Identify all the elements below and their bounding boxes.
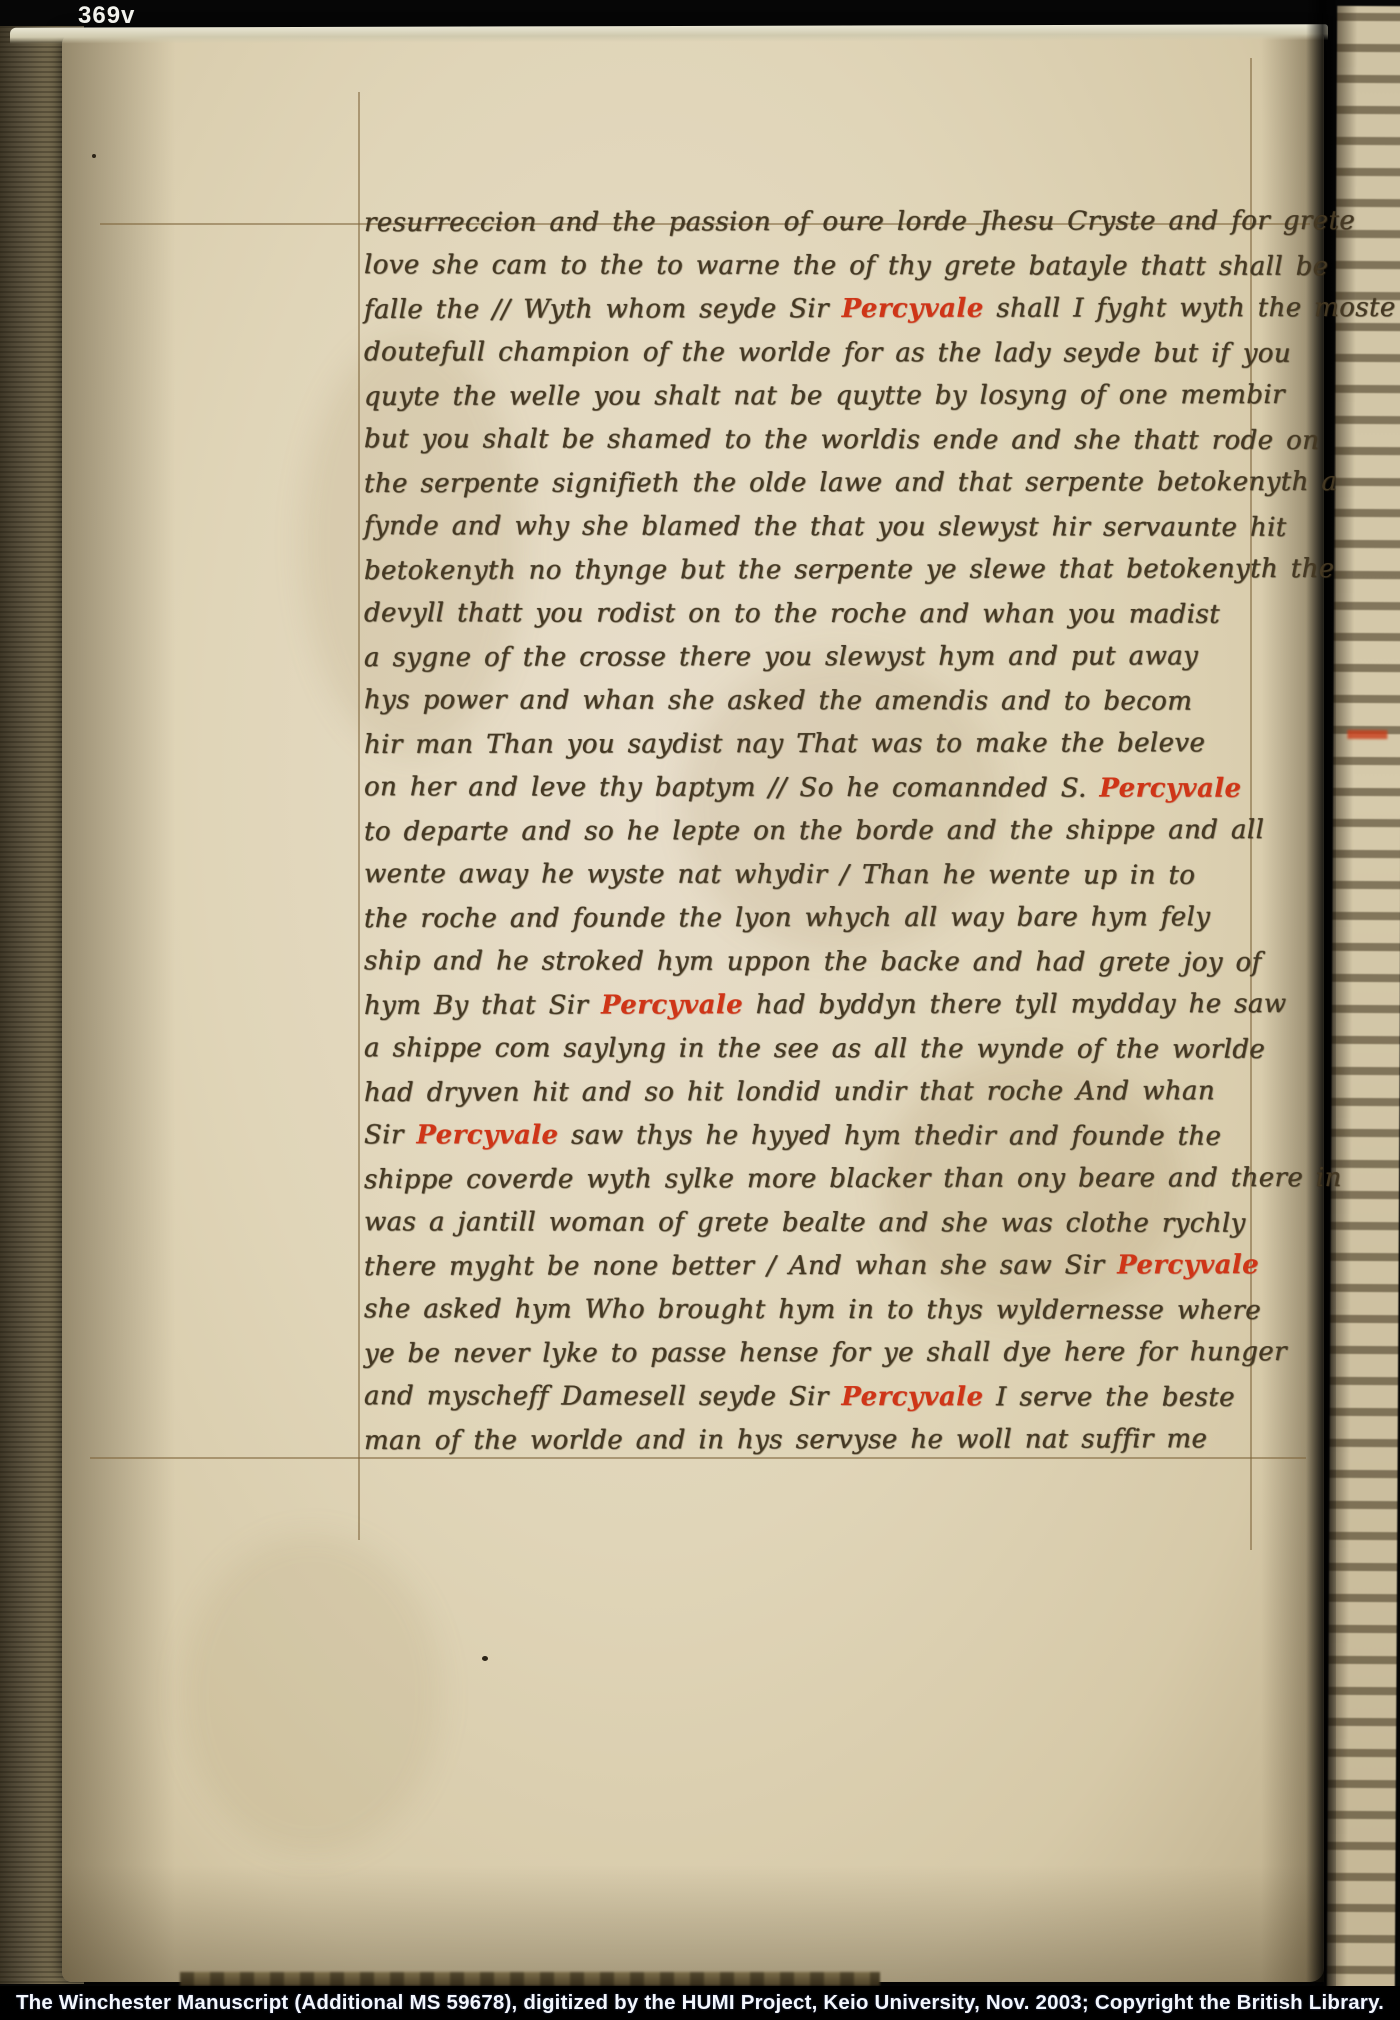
manuscript-line: ship and he stroked hym uppon the backe … bbox=[364, 940, 1304, 985]
ink-text: was a jantill woman of grete bealte and … bbox=[364, 1207, 1246, 1239]
manuscript-line: fynde and why she blamed the that you sl… bbox=[364, 505, 1304, 550]
manuscript-line: hym By that Sir Percyvale had byddyn the… bbox=[364, 983, 1304, 1028]
caption-text: The Winchester Manuscript (Additional MS… bbox=[16, 1991, 1384, 2015]
ink-text: fynde and why she blamed the that you sl… bbox=[364, 511, 1287, 543]
ink-text: shall I fyght wyth the moste bbox=[984, 293, 1396, 324]
manuscript-line: falle the // Wyth whom seyde Sir Percyva… bbox=[364, 287, 1304, 332]
ink-text: shippe coverde wyth sylke more blacker t… bbox=[364, 1163, 1342, 1195]
ink-text: saw thys he hyyed hym thedir and founde … bbox=[558, 1120, 1221, 1151]
manuscript-text-block: resurreccion and the passion of oure lor… bbox=[364, 201, 1304, 1463]
ink-text: falle the // Wyth whom seyde Sir bbox=[364, 294, 842, 325]
folio-number-label: 369v bbox=[78, 2, 135, 30]
manuscript-line: but you shalt be shamed to the worldis e… bbox=[364, 418, 1304, 463]
ink-text: ship and he stroked hym uppon the backe … bbox=[364, 946, 1262, 978]
ink-text: devyll thatt you rodist on to the roche … bbox=[364, 598, 1220, 629]
manuscript-line: had dryven hit and so hit londid undir t… bbox=[364, 1070, 1304, 1115]
ink-speck bbox=[92, 154, 96, 158]
ink-text: hym By that Sir bbox=[364, 990, 601, 1020]
ink-text: hir man Than you saydist nay That was to… bbox=[364, 728, 1205, 760]
ink-text: the roche and founde the lyon whych all … bbox=[364, 902, 1210, 934]
ink-text: quyte the welle you shalt nat be quytte … bbox=[364, 380, 1285, 412]
bottom-shading bbox=[62, 1865, 1324, 1982]
ink-text: had byddyn there tyll mydday he saw bbox=[743, 989, 1286, 1020]
ink-text: doutefull champion of the worlde for as … bbox=[364, 337, 1291, 369]
ruling-line-left bbox=[358, 92, 360, 1540]
ink-text: betokenyth no thynge but the serpente ye… bbox=[364, 554, 1335, 586]
manuscript-line: resurreccion and the passion of oure lor… bbox=[364, 200, 1304, 245]
manuscript-photo-viewer: { "folio_label": "369v", "caption": "The… bbox=[0, 0, 1400, 2020]
manuscript-line: doutefull champion of the worlde for as … bbox=[364, 331, 1304, 376]
manuscript-line: a shippe com saylyng in the see as all t… bbox=[364, 1027, 1304, 1072]
ink-text: a shippe com saylyng in the see as all t… bbox=[364, 1033, 1265, 1065]
manuscript-line: shippe coverde wyth sylke more blacker t… bbox=[364, 1157, 1304, 1202]
manuscript-line: the roche and founde the lyon whych all … bbox=[364, 896, 1304, 941]
caption-bar: The Winchester Manuscript (Additional MS… bbox=[0, 1986, 1400, 2020]
manuscript-line: and myscheff Damesell seyde Sir Percyval… bbox=[364, 1375, 1304, 1420]
rubricated-name: Percyvale bbox=[1117, 1250, 1259, 1280]
rubricated-name: Percyvale bbox=[842, 294, 984, 324]
manuscript-line: to departe and so he lepte on the borde … bbox=[364, 809, 1304, 854]
manuscript-line: ye be never lyke to passe hense for ye s… bbox=[364, 1331, 1304, 1376]
manuscript-line: quyte the welle you shalt nat be quytte … bbox=[364, 374, 1304, 419]
manuscript-line: a sygne of the crosse there you slewyst … bbox=[364, 635, 1304, 680]
ink-text: there myght be none better / And whan sh… bbox=[364, 1250, 1117, 1282]
ink-text: had dryven hit and so hit londid undir t… bbox=[364, 1076, 1215, 1108]
gutter-shading bbox=[62, 34, 188, 1982]
manuscript-line: she asked hym Who brought hym in to thys… bbox=[364, 1288, 1304, 1333]
ink-speck bbox=[482, 1656, 488, 1661]
ink-text: the serpente signifieth the olde lawe an… bbox=[364, 467, 1337, 499]
ink-text: resurreccion and the passion of oure lor… bbox=[364, 206, 1355, 238]
manuscript-line: wente away he wyste nat whydir / Than he… bbox=[364, 853, 1304, 898]
ink-text: Sir bbox=[364, 1120, 416, 1150]
manuscript-line: hir man Than you saydist nay That was to… bbox=[364, 722, 1304, 767]
manuscript-line: on her and leve thy baptym // So he coma… bbox=[364, 766, 1304, 811]
ink-text: but you shalt be shamed to the worldis e… bbox=[364, 424, 1319, 456]
manuscript-line: man of the worlde and in hys servyse he … bbox=[364, 1418, 1304, 1463]
ink-text: and myscheff Damesell seyde Sir bbox=[364, 1381, 841, 1412]
manuscript-line: there myght be none better / And whan sh… bbox=[364, 1244, 1304, 1289]
page-bottom-edge bbox=[180, 1972, 880, 1986]
ink-text: she asked hym Who brought hym in to thys… bbox=[364, 1294, 1261, 1326]
manuscript-line: devyll thatt you rodist on to the roche … bbox=[364, 592, 1304, 637]
ink-text: a sygne of the crosse there you slewyst … bbox=[364, 641, 1198, 673]
rubricated-name: Percyvale bbox=[841, 1382, 983, 1412]
facing-page-rubric-mark bbox=[1347, 730, 1387, 739]
ink-text: man of the worlde and in hys servyse he … bbox=[364, 1424, 1207, 1456]
parchment-stain bbox=[182, 1534, 442, 1854]
manuscript-line: the serpente signifieth the olde lawe an… bbox=[364, 461, 1304, 506]
manuscript-line: love she cam to the to warne the of thy … bbox=[364, 244, 1304, 289]
ink-text: on her and leve thy baptym // So he coma… bbox=[364, 772, 1099, 803]
ink-text: love she cam to the to warne the of thy … bbox=[364, 250, 1329, 282]
ink-text: to departe and so he lepte on the borde … bbox=[364, 815, 1264, 847]
ink-text: wente away he wyste nat whydir / Than he… bbox=[364, 859, 1195, 890]
ink-text: I serve the beste bbox=[983, 1382, 1235, 1412]
ink-text: hys power and whan she asked the amendis… bbox=[364, 685, 1192, 716]
ink-text: ye be never lyke to passe hense for ye s… bbox=[364, 1337, 1287, 1369]
rubricated-name: Percyvale bbox=[601, 990, 743, 1020]
manuscript-line: betokenyth no thynge but the serpente ye… bbox=[364, 548, 1304, 593]
manuscript-line: was a jantill woman of grete bealte and … bbox=[364, 1201, 1304, 1246]
manuscript-line: hys power and whan she asked the amendis… bbox=[364, 679, 1304, 724]
rubricated-name: Percyvale bbox=[1099, 773, 1241, 803]
manuscript-line: Sir Percyvale saw thys he hyyed hym thed… bbox=[364, 1114, 1304, 1159]
rubricated-name: Percyvale bbox=[416, 1120, 558, 1150]
